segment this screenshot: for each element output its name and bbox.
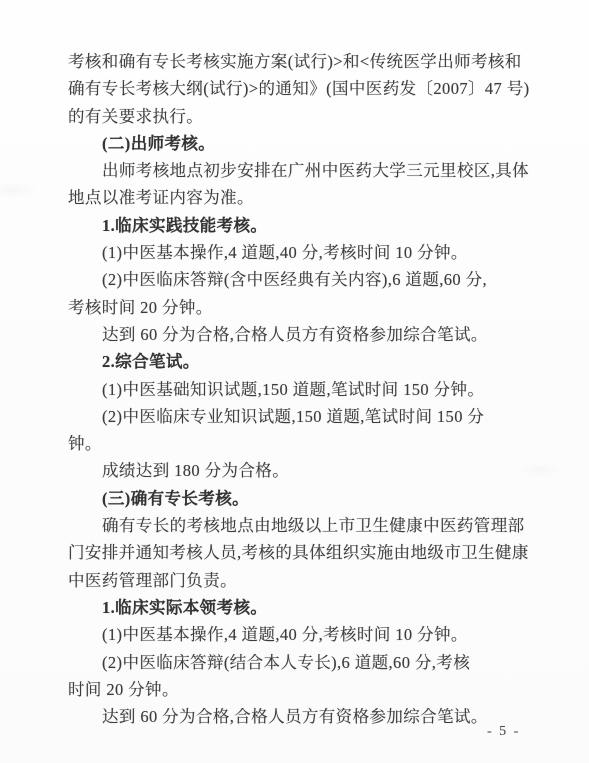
text-line: (1)中医基础知识试题,150 道题,笔试时间 150 分钟。 xyxy=(68,376,528,403)
text-line: 达到 60 分为合格,合格人员方有资格参加综合笔试。 xyxy=(68,703,528,730)
section-heading: (二)出师考核。 xyxy=(68,130,528,157)
text-line: 确有专长考核大纲(试行)>的通知》(国中医药发〔2007〕47 号) xyxy=(68,75,528,102)
section-heading: 2.综合笔试。 xyxy=(68,348,528,375)
text-line: (1)中医基本操作,4 道题,40 分,考核时间 10 分钟。 xyxy=(68,239,528,266)
text-line: 中医药管理部门负责。 xyxy=(68,567,528,594)
text-line: 的有关要求执行。 xyxy=(68,103,528,130)
text-line: 成绩达到 180 分为合格。 xyxy=(68,457,528,484)
text-line: (2)中医临床答辩(含中医经典有关内容),6 道题,60 分, xyxy=(68,266,528,293)
text-line: (1)中医基本操作,4 道题,40 分,考核时间 10 分钟。 xyxy=(68,621,528,648)
text-line: 达到 60 分为合格,合格人员方有资格参加综合笔试。 xyxy=(68,321,528,348)
scanned-document-page: 考核和确有专长考核实施方案(试行)>和<传统医学出师考核和确有专长考核大纲(试行… xyxy=(0,0,589,763)
text-line: 地点以准考证内容为准。 xyxy=(68,184,528,211)
text-line: (2)中医临床答辩(结合本人专长),6 道题,60 分,考核 xyxy=(68,649,528,676)
text-line: 考核和确有专长考核实施方案(试行)>和<传统医学出师考核和 xyxy=(68,48,528,75)
text-line: 钟。 xyxy=(68,430,528,457)
document-body: 考核和确有专长考核实施方案(试行)>和<传统医学出师考核和确有专长考核大纲(试行… xyxy=(68,48,528,730)
text-line: 出师考核地点初步安排在广州中医药大学三元里校区,具体 xyxy=(68,157,528,184)
text-line: (2)中医临床专业知识试题,150 道题,笔试时间 150 分 xyxy=(68,403,528,430)
text-line: 门安排并通知考核人员,考核的具体组织实施由地级市卫生健康 xyxy=(68,539,528,566)
section-heading: 1.临床实际本领考核。 xyxy=(68,594,528,621)
text-line: 确有专长的考核地点由地级以上市卫生健康中医药管理部 xyxy=(68,512,528,539)
section-heading: 1.临床实践技能考核。 xyxy=(68,212,528,239)
section-heading: (三)确有专长考核。 xyxy=(68,485,528,512)
text-line: 时间 20 分钟。 xyxy=(68,676,528,703)
page-number: - 5 - xyxy=(487,724,520,740)
text-line: 考核时间 20 分钟。 xyxy=(68,294,528,321)
